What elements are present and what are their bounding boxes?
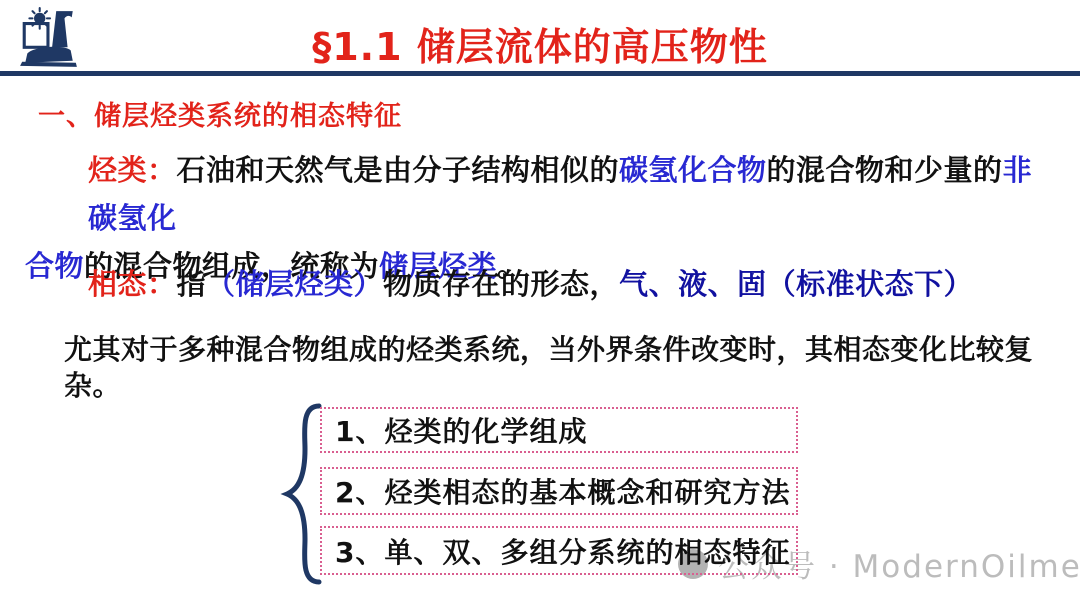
term-hydrocarbon-compound: 碳氢化合物 — [619, 153, 767, 187]
term-phase-label: 相态： — [88, 267, 177, 301]
header-bar: §1.1 储层流体的高压物性 — [0, 0, 1080, 72]
term-non-hydrocarbon-part2: 合物 — [25, 249, 84, 283]
topic-box-label: 3、单、双、多组分系统的相态特征 — [335, 531, 790, 571]
left-brace-icon — [280, 401, 322, 587]
header-divider — [0, 71, 1080, 76]
page-title: §1.1 储层流体的高压物性 — [0, 16, 1080, 71]
text-segment: 的混合物和少量的 — [767, 153, 1003, 187]
topic-box-label: 2、烃类相态的基本概念和研究方法 — [335, 471, 790, 511]
text-segment: 物质存在的形态， — [383, 267, 619, 301]
paragraph-phase: 相态：指（储层烃类）物质存在的形态，气、液、固（标准状态下） — [88, 266, 973, 302]
paragraph-note: 尤其对于多种混合物组成的烃类系统，当外界条件改变时，其相态变化比较复杂。 — [64, 332, 1080, 404]
topic-box-phase-concepts: 2、烃类相态的基本概念和研究方法 — [320, 467, 798, 515]
text-segment: 石油和天然气是由分子结构相似的 — [177, 153, 620, 187]
section-heading: 一、储层烃类系统的相态特征 — [38, 94, 402, 133]
slide: §1.1 储层流体的高压物性 一、储层烃类系统的相态特征 烃类：石油和天然气是由… — [0, 0, 1080, 604]
term-gas-liquid-solid: 气、液、固（标准状态下） — [619, 267, 973, 301]
topic-box-label: 1、烃类的化学组成 — [335, 410, 587, 450]
text-segment: 指 — [177, 267, 207, 301]
term-hydrocarbon-label: 烃类： — [88, 153, 177, 187]
topic-box-component-systems: 3、单、双、多组分系统的相态特征 — [320, 526, 798, 575]
term-reservoir-hydrocarbon-paren: （储层烃类） — [206, 267, 383, 301]
topic-box-chemical-composition: 1、烃类的化学组成 — [320, 407, 798, 453]
paragraph-hydrocarbon-line1: 烃类：石油和天然气是由分子结构相似的碳氢化合物的混合物和少量的非碳氢化 — [88, 146, 1060, 242]
